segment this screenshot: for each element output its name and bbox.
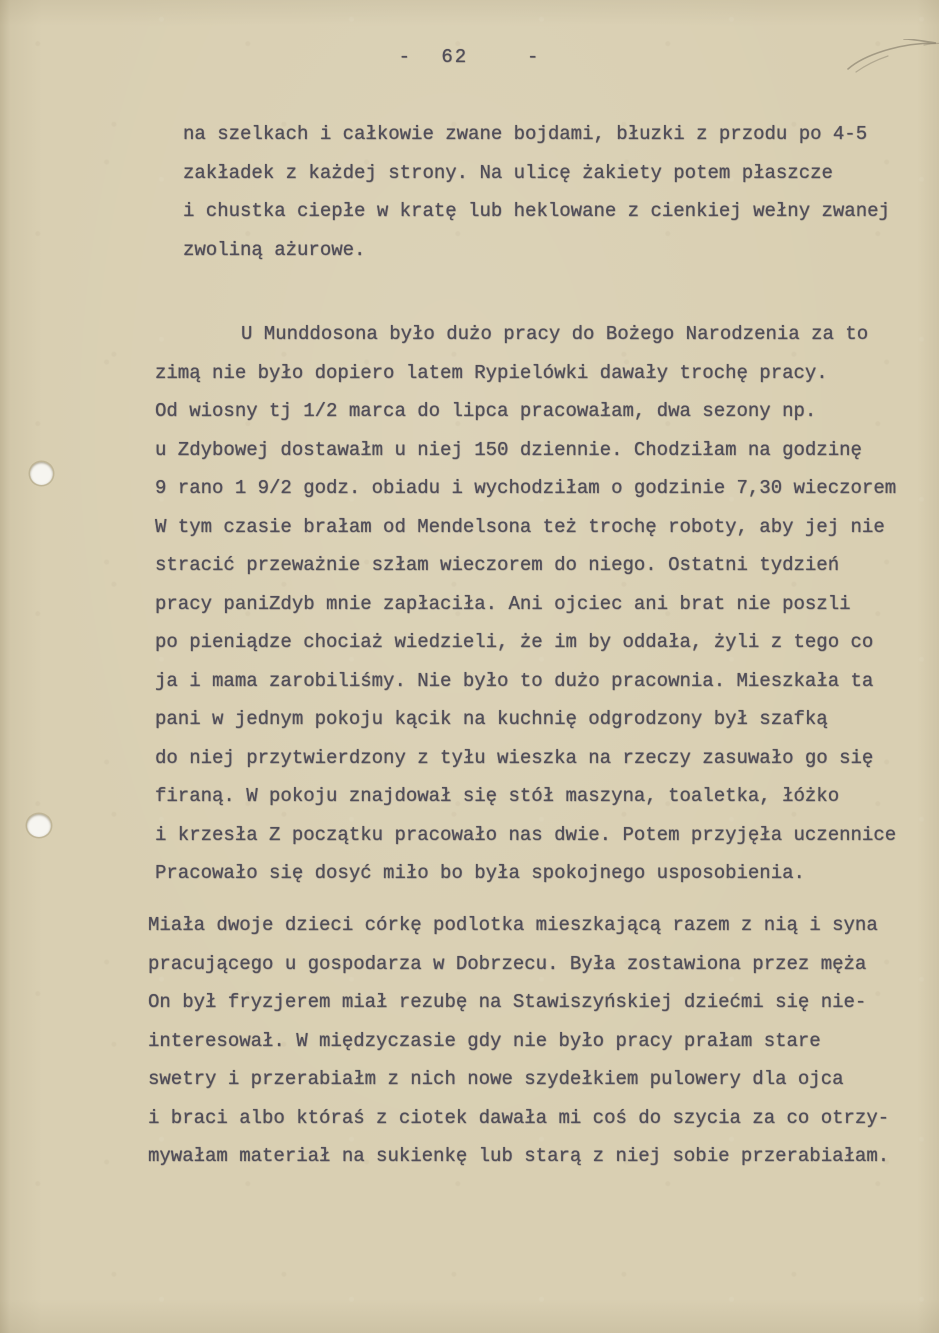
text-line: firaną. W pokoju znajdował się stół masz…: [155, 777, 896, 816]
text-line: do niej przytwierdzony z tyłu wieszka na…: [155, 739, 896, 778]
text-line: pracy paniZdyb mnie zapłaciła. Ani ojcie…: [155, 585, 896, 624]
text-line: interesował. W międzyczasie gdy nie było…: [148, 1022, 889, 1061]
text-line: i chustka ciepłe w kratę lub heklowane z…: [183, 192, 890, 231]
page-number: - 62 -: [0, 38, 939, 77]
text-line: ja i mama zarobiliśmy. Nie było to dużo …: [155, 662, 896, 701]
text-line: i krzesła Z początku pracowało nas dwie.…: [155, 816, 896, 855]
text-line: swetry i przerabiałm z nich nowe szydełk…: [148, 1060, 889, 1099]
text-line: Od wiosny tj 1/2 marca do lipca pracował…: [155, 392, 896, 431]
text-line: pani w jednym pokoju kącik na kuchnię od…: [155, 700, 896, 739]
hole-punch-bottom: [27, 814, 51, 837]
text-line: W tym czasie brałam od Mendelsona też tr…: [155, 508, 896, 547]
paragraph-1: na szelkach i całkowie zwane bojdami, bł…: [183, 115, 890, 269]
text-line: On był fryzjerem miał rezubę na Stawiszy…: [148, 983, 889, 1022]
text-line: stracić przeważnie szłam wieczorem do ni…: [155, 546, 896, 585]
text-line: i braci albo któraś z ciotek dawała mi c…: [148, 1099, 889, 1138]
text-line: mywałam materiał na sukienkę lub starą z…: [148, 1137, 889, 1176]
text-line: 9 rano 1 9/2 godz. obiadu i wychodziłam …: [155, 469, 896, 508]
text-line: u Zdybowej dostawałm u niej 150 dziennie…: [155, 431, 896, 470]
document-page: - 62 - na szelkach i całkowie zwane bojd…: [0, 0, 939, 1333]
text-line: po pieniądze chociaż wiedzieli, że im by…: [155, 623, 896, 662]
paragraph-2: U Munddosona było dużo pracy do Bożego N…: [155, 315, 896, 893]
text-line: na szelkach i całkowie zwane bojdami, bł…: [183, 115, 890, 154]
text-line: zakładek z każdej strony. Na ulicę żakie…: [183, 154, 890, 193]
text-line: zwoliną ażurowe.: [183, 231, 890, 270]
hole-punch-top: [30, 462, 53, 485]
text-line: Miała dwoje dzieci córkę podlotka mieszk…: [148, 906, 889, 945]
text-line: zimą nie było dopiero latem Rypielówki d…: [155, 354, 896, 393]
text-line: U Munddosona było dużo pracy do Bożego N…: [155, 315, 896, 354]
paragraph-3: Miała dwoje dzieci córkę podlotka mieszk…: [148, 906, 889, 1176]
text-line: pracującego u gospodarza w Dobrzecu. Był…: [148, 945, 889, 984]
text-line: Pracowało się dosyć miło bo była spokojn…: [155, 854, 896, 893]
